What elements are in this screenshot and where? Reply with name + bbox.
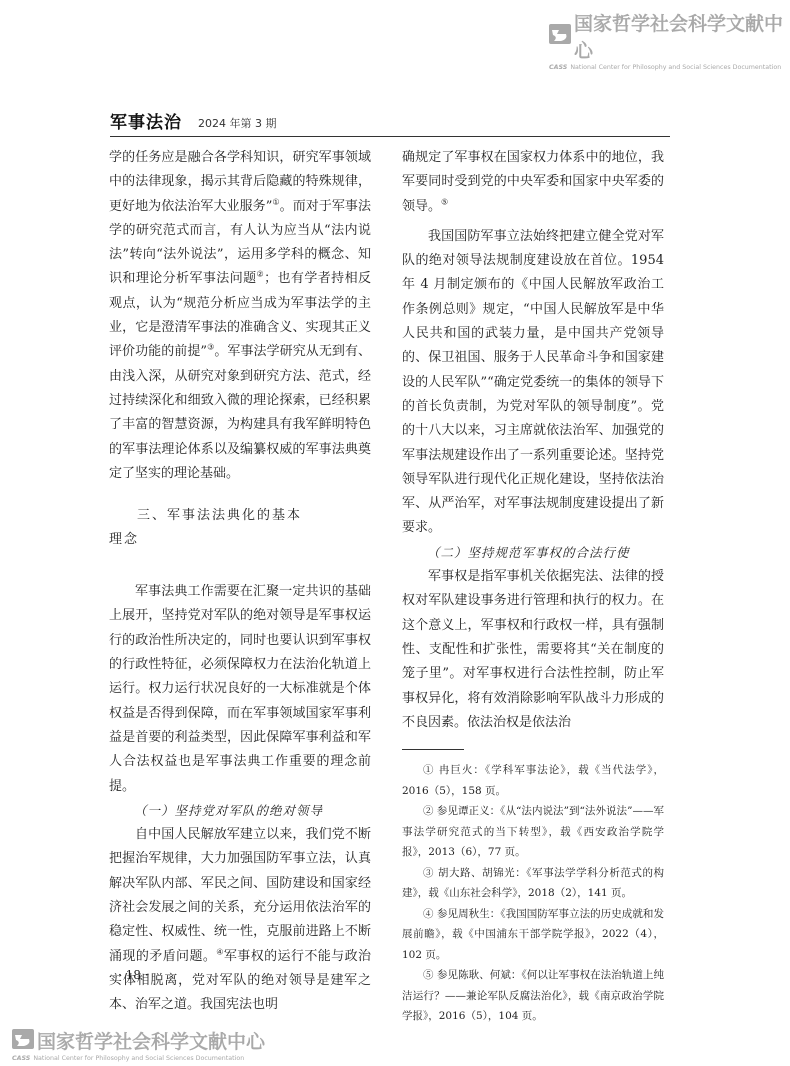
paragraph: 确规定了军事权在国家权力体系中的地位，我军要同时受到党的中央军委和国家中央军委的… xyxy=(402,146,664,219)
watermark-top: 国家哲学社会科学文献中心 CASS National Center for Ph… xyxy=(549,9,790,71)
footnote-ref[interactable]: ② xyxy=(257,270,265,279)
footnote-5: ⑤ 参见陈耿、何斌：《何以让军事权在法治轨道上纯洁运行？——兼论军队反腐法治化》… xyxy=(402,965,664,1027)
cass-label: CASS xyxy=(12,1055,30,1062)
paragraph: 我国国防军事立法始终把建立健全党对军队的绝对领导法规制度建设放在首位。1954 … xyxy=(402,225,664,541)
left-column: 学的任务应是融合各学科知识，研究军事领域中的法律现象，揭示其背后隐藏的特殊规律，… xyxy=(109,146,371,1018)
section-heading: 三、军事法法典化的基本 理念 xyxy=(109,504,371,552)
page-number: · 18 · xyxy=(118,968,149,982)
footnote-4: ④ 参见周秋生：《我国国防军事立法的历史成就和发展前瞻》，载《中国浦东干部学院学… xyxy=(402,904,664,966)
footnote-3: ③ 胡大路、胡锦光：《军事法学学科分析范式的构建》，载《山东社会科学》，2018… xyxy=(402,863,664,904)
watermark-en-text: National Center for Philosophy and Socia… xyxy=(570,64,781,71)
watermark-bottom: 国家哲学社会科学文献中心 CASS National Center for Ph… xyxy=(12,1027,265,1062)
footnote-ref[interactable]: ① xyxy=(272,197,279,206)
paragraph: 军事权是指军事机关依据宪法、法律的授权对军队建设事务进行管理和执行的权力。在这个… xyxy=(402,565,664,735)
watermark-cn-text: 国家哲学社会科学文献中心 xyxy=(574,9,790,63)
footnote-ref[interactable]: ⑤ xyxy=(441,197,448,206)
footnote-1: ① 冉巨火：《学科军事法论》，载《当代法学》，2016（5），158 页。 xyxy=(402,760,664,801)
footnote-divider xyxy=(402,749,464,750)
subheading: （二）坚持规范军事权的合法行使 xyxy=(402,541,664,565)
watermark-en-text: National Center for Philosophy and Socia… xyxy=(33,1055,244,1062)
paragraph: 自中国人民解放军建立以来，我们党不断把握治军规律，大力加强国防军事立法，认真解决… xyxy=(109,823,371,1017)
watermark-cn-text: 国家哲学社会科学文献中心 xyxy=(37,1027,265,1054)
footnote-2: ② 参见谭正义：《从“法内说法”到“法外说法”——军事法学研究范式的当下转型》，… xyxy=(402,801,664,863)
subheading: （一）坚持党对军队的绝对领导 xyxy=(109,799,371,823)
footnotes: ① 冉巨火：《学科军事法论》，载《当代法学》，2016（5），158 页。 ② … xyxy=(402,760,664,1027)
cass-label: CASS xyxy=(549,64,567,71)
journal-name: 军事法治 xyxy=(110,108,182,136)
issue-label: 2024 年第 3 期 xyxy=(198,115,276,136)
paragraph: 军事法典工作需要在汇聚一定共识的基础上展开，坚持党对军队的绝对领导是军事权运行的… xyxy=(109,580,371,799)
running-header: 军事法治 2024 年第 3 期 xyxy=(110,112,670,137)
right-column: 确规定了军事权在国家权力体系中的地位，我军要同时受到党的中央军委和国家中央军委的… xyxy=(402,146,664,1027)
cass-logo-icon xyxy=(549,24,571,48)
cass-logo-icon xyxy=(12,1029,34,1053)
footnote-ref[interactable]: ④ xyxy=(216,947,224,956)
paragraph: 学的任务应是融合各学科知识，研究军事领域中的法律现象，揭示其背后隐藏的特殊规律，… xyxy=(109,146,371,486)
